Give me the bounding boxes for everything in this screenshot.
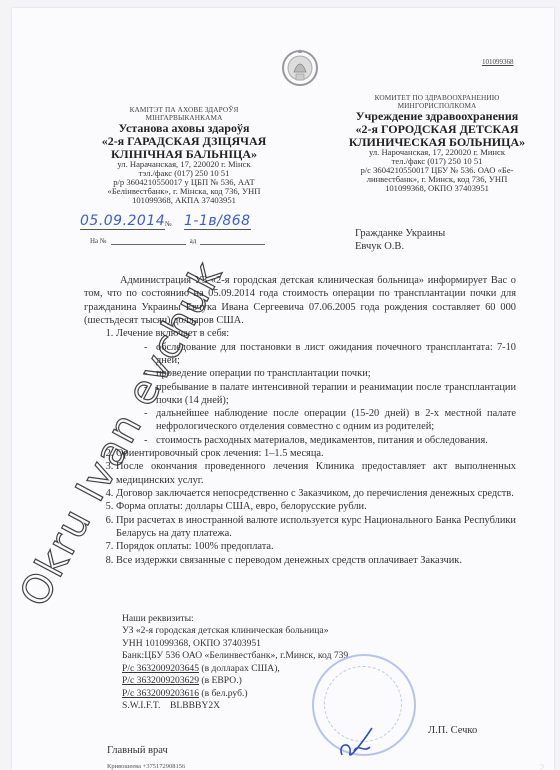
page-number: 2 xyxy=(538,761,544,770)
sub-list-item: проведение операции по трансплантации по… xyxy=(144,367,516,380)
date-blank xyxy=(200,244,265,245)
signer-position: Главный врач xyxy=(107,745,168,756)
number-label: № xyxy=(165,220,172,228)
list-item: При расчетах в иностранной валюте исполь… xyxy=(116,514,516,541)
account-line: Р/с 3632009203645 (в долларах США), xyxy=(122,663,348,675)
requisites-ids: УНН 101099368, ОКПО 37403951 xyxy=(122,638,348,650)
address-line: 101099368, ОКПО 37403951 xyxy=(332,184,542,193)
account-line: Р/с 3632009203629 (в ЕВРО.) xyxy=(122,675,348,687)
document-page: 101099368 КАМІТЭТ ПА АХОВЕ ЗДАРОЎЯ МІНГА… xyxy=(12,8,554,770)
list-item: Договор заключается непосредственно с За… xyxy=(116,487,516,500)
belarus-coat-of-arms-icon xyxy=(281,48,319,90)
list-item: Форма оплаты: доллары США, евро, белорус… xyxy=(116,500,516,513)
institution-name: «2-я ГОРОДСКАЯ ДЕТСКАЯ xyxy=(332,123,542,136)
ref-label: На № xyxy=(90,237,107,245)
address-line: 101099368, АКПА 37403951 xyxy=(80,196,288,205)
list-item: Ориентировочный срок лечения: 1–1.5 меся… xyxy=(116,447,516,460)
sub-list-item: пребывание в палате интенсивной терапии … xyxy=(144,381,516,408)
recipient-line: Евчук О.В. xyxy=(355,240,445,253)
requisites-bank: Банк:ЦБУ 536 ОАО «Белинвестбанк», г.Минс… xyxy=(122,650,348,662)
requisites-title: Наши реквизиты: xyxy=(122,613,348,625)
recipient-block: Гражданке Украины Евчук О.В. xyxy=(355,227,445,253)
handwritten-number: 1-1в/868 xyxy=(184,213,251,230)
header-belarusian: КАМІТЭТ ПА АХОВЕ ЗДАРОЎЯ МІНГАРВЫКАНКАМА… xyxy=(80,106,288,205)
sub-list-item: стоимость расходных материалов, медикаме… xyxy=(144,434,516,447)
reference-line: На № ад xyxy=(90,237,265,245)
requisites-org: УЗ «2-я городская детская клиническая бо… xyxy=(122,625,348,637)
footer-contact: Кривошеева +375172908156 xyxy=(107,763,185,770)
document-number: 101099368 xyxy=(482,58,514,66)
sub-list-item: обследование для постановки в лист ожида… xyxy=(144,341,516,368)
list-item: После окончания проведенного лечения Кли… xyxy=(116,460,516,487)
list-item: Порядок оплаты: 100% предоплата. xyxy=(116,540,516,553)
ad-label: ад xyxy=(190,237,197,245)
ref-blank xyxy=(111,244,186,245)
sub-list-item: дальнейшее наблюдение после операции (15… xyxy=(144,407,516,434)
intro-paragraph: Администрация УЗ «2-я городская детская … xyxy=(84,274,516,327)
handwritten-date: 05.09.2014 xyxy=(80,213,165,230)
recipient-line: Гражданке Украины xyxy=(355,227,445,240)
signature-icon xyxy=(332,723,382,763)
header-russian: КОМИТЕТ ПО ЗДРАВООХРАНЕНИЮ МИНГОРИСПОЛКО… xyxy=(332,94,542,193)
signer-name: Л.П. Сечко xyxy=(428,725,477,736)
institution-name: «2-я ГАРАДСКАЯ ДЗІЦЯЧАЯ xyxy=(80,135,288,148)
list-item: Все издержки связанные с переводом денеж… xyxy=(116,554,516,567)
